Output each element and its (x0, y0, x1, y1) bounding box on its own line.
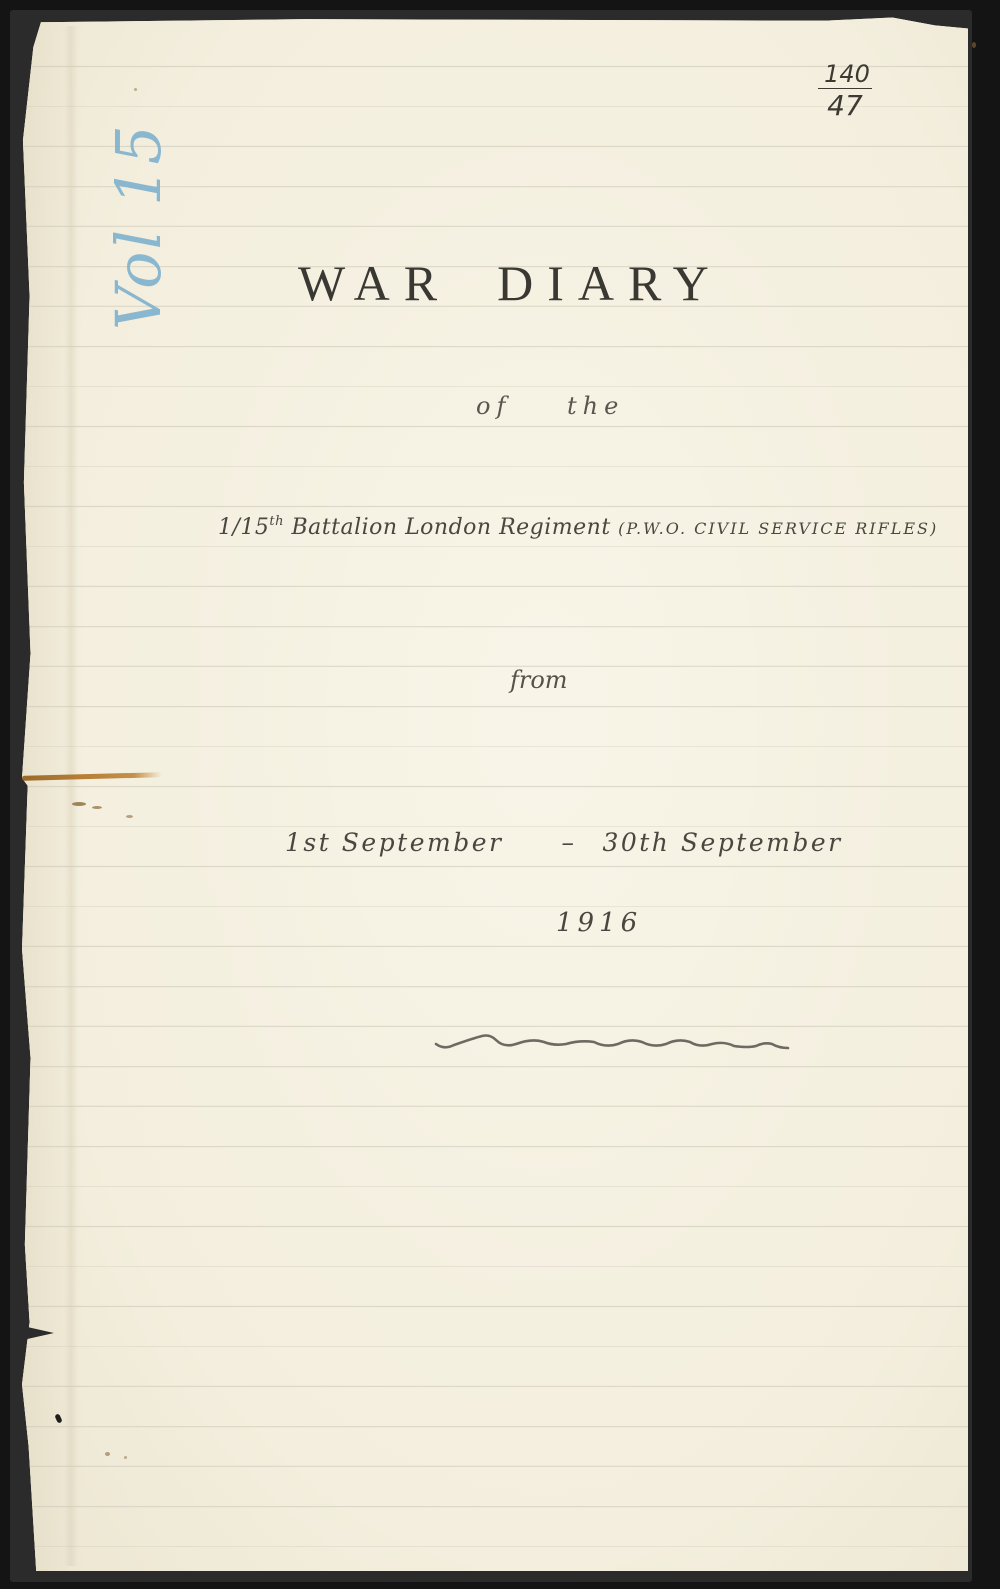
stain-spot (972, 42, 976, 48)
unit-parenthetical: (P.W.O. CIVIL SERVICE RIFLES) (618, 519, 938, 538)
stain-spot (134, 88, 137, 91)
stain-spot (105, 1452, 110, 1456)
stain-spot (92, 806, 102, 809)
wavy-underline-flourish (434, 1032, 794, 1056)
of-the-text: of the (476, 394, 624, 418)
date-start: 1st September (285, 828, 503, 857)
unit-ordinal: th (269, 514, 284, 529)
reference-numerator: 140 (812, 62, 882, 88)
stain-spot (72, 802, 86, 806)
edge-tear-notch (14, 1324, 54, 1342)
stain-spot (126, 815, 133, 818)
year: 1916 (556, 910, 642, 936)
title-word-diary: DIARY (497, 255, 723, 311)
from-text: from (510, 668, 568, 692)
unit-battalion-name: Battalion London Regiment (284, 515, 618, 540)
page-title: WARDIARY (298, 258, 723, 308)
reference-number: 140 47 (812, 62, 882, 120)
date-separator: – (561, 830, 576, 855)
date-range: 1st September–30th September (285, 830, 843, 855)
reference-denominator: 47 (818, 88, 872, 120)
fold-crease (64, 26, 78, 1566)
date-end: 30th September (602, 828, 842, 857)
unit-name: 1/15th Battalion London Regiment (P.W.O.… (218, 515, 938, 539)
unit-prefix: 1/15 (218, 515, 269, 540)
stain-spot (124, 1456, 127, 1459)
volume-label: Vol 15 (108, 123, 170, 330)
title-word-war: WAR (298, 255, 451, 311)
